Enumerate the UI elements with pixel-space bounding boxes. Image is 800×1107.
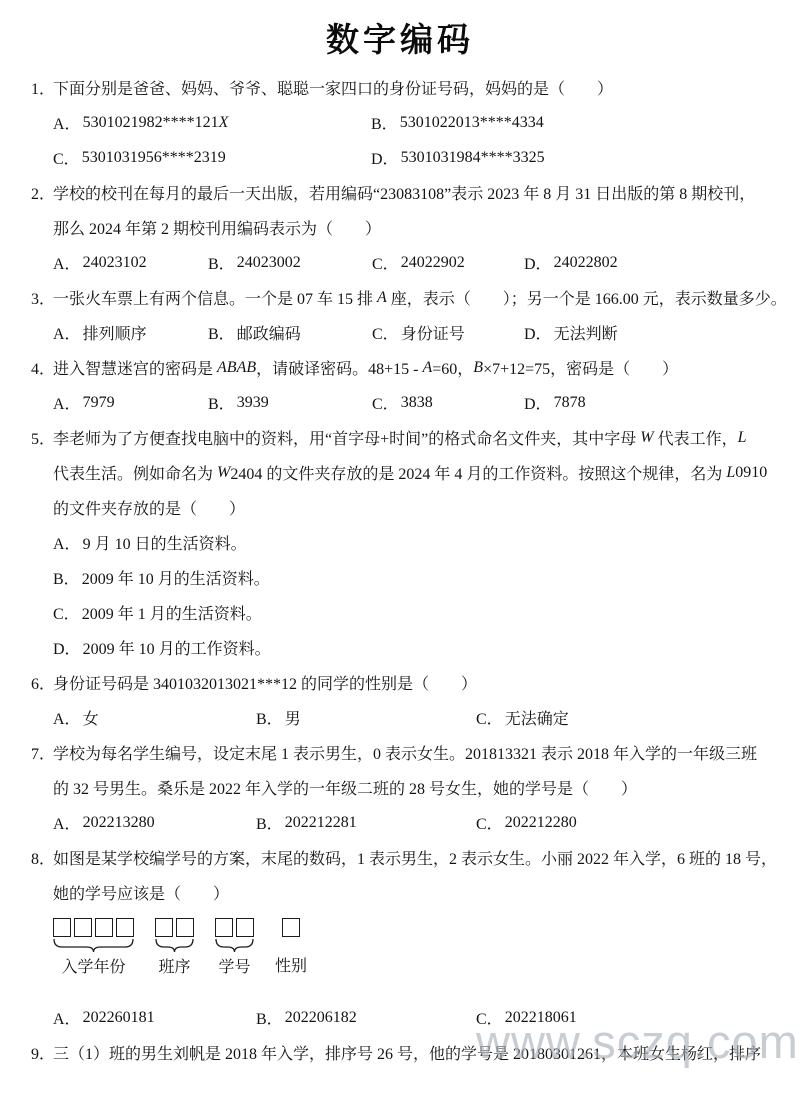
option-label: A．	[53, 321, 81, 344]
text-segment: L	[738, 429, 747, 447]
option-item: C．无法确定	[476, 706, 774, 729]
option-label: D．	[524, 391, 552, 414]
text-segment: 5301021982****121	[83, 114, 219, 132]
option-item: C．202218061	[476, 1006, 774, 1029]
figure-label: 班序	[158, 958, 190, 978]
option-label: B．	[53, 566, 80, 589]
option-item: B．男	[256, 706, 476, 729]
options-row: C．2009 年 1 月的生活资料。	[0, 595, 800, 630]
option-label: C．	[372, 321, 399, 344]
figure-box	[116, 918, 134, 937]
text-segment: 7878	[554, 394, 586, 412]
option-label: B．	[256, 706, 283, 729]
question-line: 的文件夹存放的是（ ）	[0, 490, 800, 525]
question-line: 7．学校为每名学生编号，设定末尾 1 表示男生，0 表示女生。201813321…	[0, 735, 800, 770]
text-segment: 202212281	[285, 814, 357, 832]
text-segment: 男	[285, 706, 301, 729]
text-segment: 下面分别是爸爸、妈妈、爷爷、聪聪一家四口的身份证号码，妈妈的是（ ）	[53, 76, 613, 99]
figure-label: 学号	[218, 958, 250, 978]
text-segment: A	[377, 289, 387, 307]
questions-container: 1．下面分别是爸爸、妈妈、爷爷、聪聪一家四口的身份证号码，妈妈的是（ ）A．53…	[0, 70, 800, 1070]
text-segment: 女	[83, 706, 99, 729]
option-label: B．	[371, 111, 398, 134]
option-label: D．	[371, 146, 399, 169]
option-label: C．	[372, 391, 399, 414]
text-segment: 2009 年 10 月的工作资料。	[83, 636, 271, 659]
option-label: C．	[372, 251, 399, 274]
option-label: B．	[256, 811, 283, 834]
text-segment: =60，	[432, 356, 473, 379]
option-item: D．无法判断	[524, 321, 774, 344]
option-item: D．24022802	[524, 251, 774, 274]
text-segment: 202218061	[505, 1009, 577, 1027]
figure-box	[282, 918, 300, 937]
question-number: 5．	[31, 420, 55, 455]
question-line: 3．一张火车票上有两个信息。一个是 07 车 15 排 A 座，表示（ ）；另一…	[0, 280, 800, 315]
option-item: B．5301022013****4334	[371, 111, 774, 134]
underbrace-icon	[53, 938, 134, 954]
question-number: 2．	[31, 175, 55, 210]
text-segment: 24022802	[554, 254, 618, 272]
figure-group: 入学年份	[53, 918, 134, 978]
text-segment: 排列顺序	[83, 321, 147, 344]
figure-label: 入学年份	[61, 958, 125, 978]
option-item: B．202206182	[256, 1006, 476, 1029]
text-segment: A	[422, 359, 432, 377]
option-label: B．	[208, 251, 235, 274]
text-segment: 5301031984****3325	[401, 149, 545, 167]
question-line: 的 32 号男生。桑乐是 2022 年入学的一年级二班的 28 号女生，她的学号…	[0, 770, 800, 805]
text-segment: 的文件夹存放的是（ ）	[53, 496, 245, 519]
question-line: 6．身份证号码是 3401032013021***12 的同学的性别是（ ）	[0, 665, 800, 700]
option-label: C．	[476, 1006, 503, 1029]
figure-box	[236, 918, 254, 937]
figure-box-row	[282, 918, 300, 937]
page-title: 数字编码	[0, 20, 800, 62]
text-segment: 202213280	[83, 814, 155, 832]
text-segment: 代表工作，	[654, 426, 738, 449]
option-label: D．	[524, 251, 552, 274]
text-segment: 无法确定	[505, 706, 569, 729]
option-label: A．	[53, 111, 81, 134]
text-segment: 9 月 10 日的生活资料。	[83, 531, 247, 554]
options-row: A．女B．男C．无法确定	[0, 700, 800, 735]
options-row: A．7979B．3939C．3838D．7878	[0, 385, 800, 420]
figure-box	[53, 918, 71, 937]
question-number: 3．	[31, 280, 55, 315]
options-row: A．9 月 10 日的生活资料。	[0, 525, 800, 560]
underbrace-icon	[215, 938, 254, 954]
option-label: C．	[53, 601, 80, 624]
option-item: A．202260181	[53, 1006, 256, 1029]
text-segment: 202260181	[83, 1009, 155, 1027]
option-item: A．7979	[53, 391, 208, 414]
question-number: 1．	[31, 70, 55, 105]
figure-box	[215, 918, 233, 937]
text-segment: 2404 的文件夹存放的是 2024 年 4 月的工作资料。按照这个规律，名为	[230, 461, 726, 484]
text-segment: 身份证号	[401, 321, 465, 344]
text-segment: 无法判断	[554, 321, 618, 344]
figure-group: 学号	[215, 918, 254, 978]
student-id-figure: 入学年份班序学号性别	[53, 910, 800, 1000]
figure-box-row	[155, 918, 194, 937]
text-segment: 学校为每名学生编号，设定末尾 1 表示男生，0 表示女生。201813321 表…	[53, 741, 757, 764]
question-number: 7．	[31, 735, 55, 770]
option-label: D．	[53, 636, 81, 659]
text-segment: 0910	[735, 464, 767, 482]
text-segment: L	[726, 464, 735, 482]
question-line: 她的学号应该是（ ）	[0, 875, 800, 910]
question-line: 8．如图是某学校编学号的方案，末尾的数码，1 表示男生，2 表示女生。小丽 20…	[0, 840, 800, 875]
option-item: C．3838	[372, 391, 524, 414]
option-item: C．2009 年 1 月的生活资料。	[53, 601, 774, 624]
question-number: 9．	[31, 1035, 55, 1070]
text-segment: 进入智慧迷宫的密码是	[53, 356, 217, 379]
options-row: C．5301031956****2319D．5301031984****3325	[0, 140, 800, 175]
option-item: A．24023102	[53, 251, 208, 274]
text-segment: 三（1）班的男生刘帆是 2018 年入学，排序号 26 号，他的学号是 2018…	[53, 1041, 761, 1064]
text-segment: W	[640, 429, 653, 447]
text-segment: 24022902	[401, 254, 465, 272]
question-line: 代表生活。例如命名为 W2404 的文件夹存放的是 2024 年 4 月的工作资…	[0, 455, 800, 490]
text-segment: ×7+12=75，密码是（ ）	[483, 356, 678, 379]
question-number: 6．	[31, 665, 55, 700]
option-label: B．	[256, 1006, 283, 1029]
question-number: 8．	[31, 840, 55, 875]
text-segment: ABAB	[217, 359, 256, 377]
text-segment: 24023002	[237, 254, 301, 272]
text-segment: 202212280	[505, 814, 577, 832]
text-segment: 24023102	[83, 254, 147, 272]
option-item: D．5301031984****3325	[371, 146, 774, 169]
option-label: A．	[53, 811, 81, 834]
option-item: A．9 月 10 日的生活资料。	[53, 531, 774, 554]
option-item: B．202212281	[256, 811, 476, 834]
options-row: B．2009 年 10 月的生活资料。	[0, 560, 800, 595]
option-label: C．	[476, 706, 503, 729]
worksheet-page: 数字编码 1．下面分别是爸爸、妈妈、爷爷、聪聪一家四口的身份证号码，妈妈的是（ …	[0, 0, 800, 1107]
text-segment: 202206182	[285, 1009, 357, 1027]
option-item: C．202212280	[476, 811, 774, 834]
option-item: D．7878	[524, 391, 774, 414]
question-number: 4．	[31, 350, 55, 385]
option-item: D．2009 年 10 月的工作资料。	[53, 636, 774, 659]
option-label: A．	[53, 531, 81, 554]
figure-label: 性别	[275, 957, 307, 977]
text-segment: 如图是某学校编学号的方案，末尾的数码，1 表示男生，2 表示女生。小丽 2022…	[53, 846, 777, 869]
figure-box	[176, 918, 194, 937]
options-row: A．202213280B．202212281C．202212280	[0, 805, 800, 840]
text-segment: 身份证号码是 3401032013021***12 的同学的性别是（ ）	[53, 671, 477, 694]
option-label: A．	[53, 251, 81, 274]
text-segment: 那么 2024 年第 2 期校刊用编码表示为（ ）	[53, 216, 381, 239]
option-item: B．邮政编码	[208, 321, 372, 344]
figure-box	[95, 918, 113, 937]
option-item: A．5301021982****121X	[53, 111, 371, 134]
figure-box-row	[53, 918, 134, 937]
option-label: B．	[208, 391, 235, 414]
text-segment: 2009 年 10 月的生活资料。	[82, 566, 270, 589]
text-segment: 学校的校刊在每月的最后一天出版，若用编码“23083108”表示 2023 年 …	[53, 181, 755, 204]
option-item: C．5301031956****2319	[53, 146, 371, 169]
question-line: 那么 2024 年第 2 期校刊用编码表示为（ ）	[0, 210, 800, 245]
text-segment: 邮政编码	[237, 321, 301, 344]
option-item: A．排列顺序	[53, 321, 208, 344]
option-label: A．	[53, 1006, 81, 1029]
text-segment: ，请破译密码。48+15 -	[256, 356, 422, 379]
option-item: A．女	[53, 706, 256, 729]
text-segment: W	[217, 464, 230, 482]
figure-box	[155, 918, 173, 937]
options-row: A．24023102B．24023002C．24022902D．24022802	[0, 245, 800, 280]
text-segment: 一张火车票上有两个信息。一个是 07 车 15 排	[53, 286, 377, 309]
question-line: 1．下面分别是爸爸、妈妈、爷爷、聪聪一家四口的身份证号码，妈妈的是（ ）	[0, 70, 800, 105]
option-label: B．	[208, 321, 235, 344]
options-row: A．5301021982****121XB．5301022013****4334	[0, 105, 800, 140]
option-label: C．	[53, 146, 80, 169]
text-segment: X	[219, 114, 229, 132]
figure-group: 班序	[155, 918, 194, 978]
figure-box	[74, 918, 92, 937]
option-item: B．24023002	[208, 251, 372, 274]
question-line: 9．三（1）班的男生刘帆是 2018 年入学，排序号 26 号，他的学号是 20…	[0, 1035, 800, 1070]
text-segment: 5301031956****2319	[82, 149, 226, 167]
option-item: C．身份证号	[372, 321, 524, 344]
underbrace-icon	[155, 938, 194, 954]
text-segment: 3939	[237, 394, 269, 412]
options-row: A．202260181B．202206182C．202218061	[0, 1000, 800, 1035]
option-label: A．	[53, 391, 81, 414]
option-label: C．	[476, 811, 503, 834]
text-segment: 她的学号应该是（ ）	[53, 881, 229, 904]
text-segment: 座，表示（ ）；另一个是 166.00 元，表示数量多少。	[387, 286, 787, 309]
option-label: D．	[524, 321, 552, 344]
text-segment: 的 32 号男生。桑乐是 2022 年入学的一年级二班的 28 号女生，她的学号…	[53, 776, 637, 799]
option-item: B．3939	[208, 391, 372, 414]
text-segment: 代表生活。例如命名为	[53, 461, 217, 484]
text-segment: 7979	[83, 394, 115, 412]
text-segment: 5301022013****4334	[400, 114, 544, 132]
option-label: A．	[53, 706, 81, 729]
question-line: 5．李老师为了方便查找电脑中的资料，用“首字母+时间”的格式命名文件夹，其中字母…	[0, 420, 800, 455]
text-segment: 李老师为了方便查找电脑中的资料，用“首字母+时间”的格式命名文件夹，其中字母	[53, 426, 640, 449]
text-segment: B	[473, 359, 483, 377]
option-item: A．202213280	[53, 811, 256, 834]
question-line: 2．学校的校刊在每月的最后一天出版，若用编码“23083108”表示 2023 …	[0, 175, 800, 210]
text-segment: 2009 年 1 月的生活资料。	[82, 601, 262, 624]
figure-box-row	[215, 918, 254, 937]
question-line: 4．进入智慧迷宫的密码是 ABAB，请破译密码。48+15 - A=60，B×7…	[0, 350, 800, 385]
options-row: D．2009 年 10 月的工作资料。	[0, 630, 800, 665]
option-item: C．24022902	[372, 251, 524, 274]
option-item: B．2009 年 10 月的生活资料。	[53, 566, 774, 589]
text-segment: 3838	[401, 394, 433, 412]
options-row: A．排列顺序B．邮政编码C．身份证号D．无法判断	[0, 315, 800, 350]
figure-group: 性别	[275, 918, 307, 977]
